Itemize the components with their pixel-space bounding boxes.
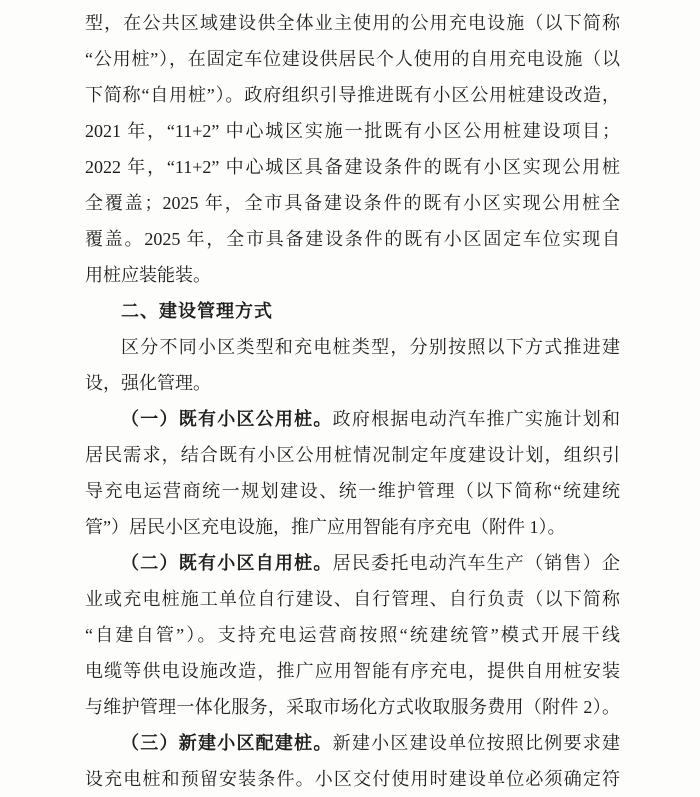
- line-text: 政府根据电动汽车推广实施计划和: [333, 409, 620, 429]
- line-text: 居民委托电动汽车生产（销售）企: [333, 553, 620, 573]
- line-text: 电缆等供电设施改造，推广应用智能有序充电，提供自用桩安装: [85, 661, 620, 681]
- line-text: 下简称“自用桩”）。政府组织引导推进既有小区公用桩建设改造，: [85, 85, 620, 105]
- document-line-8: 用桩应装能装。: [85, 257, 620, 293]
- document-line-15: 管”）居民小区充电设施，推广应用智能有序充电（附件 1）。: [85, 509, 620, 545]
- document-line-18: “自建自管”）。支持充电运营商按照“统建统管”模式开展干线: [85, 617, 620, 653]
- document-line-21: （三）新建小区配建桩。新建小区建设单位按照比例要求建: [85, 725, 620, 761]
- line-text: 业或充电桩施工单位自行建设、自行管理、自行负责（以下简称: [85, 589, 620, 609]
- line-text: 设，强化管理。: [85, 373, 211, 393]
- document-line-3: 下简称“自用桩”）。政府组织引导推进既有小区公用桩建设改造，: [85, 77, 620, 113]
- document-line-1: 型，在公共区域建设供全体业主使用的公用充电设施（以下简称: [85, 5, 620, 41]
- line-text: 区分不同小区类型和充电桩类型，分别按照以下方式推进建: [121, 337, 620, 357]
- document-line-7: 覆盖。2025 年，全市具备建设条件的既有小区固定车位实现自: [85, 221, 620, 257]
- line-text: “自建自管”）。支持充电运营商按照“统建统管”模式开展干线: [85, 625, 620, 645]
- document-line-6: 全覆盖；2025 年，全市具备建设条件的既有小区实现公用桩全: [85, 185, 620, 221]
- document-line-11: 设，强化管理。: [85, 365, 620, 401]
- heading-text: 二、建设管理方式: [121, 301, 273, 321]
- section-heading: 二、建设管理方式: [85, 293, 620, 329]
- paragraph-lead-3: （三）新建小区配建桩。: [121, 733, 333, 753]
- document-line-14: 导充电运营商统一规划建设、统一维护管理（以下简称“统建统: [85, 473, 620, 509]
- line-text: 型，在公共区域建设供全体业主使用的公用充电设施（以下简称: [85, 13, 620, 33]
- paragraph-lead-2: （二）既有小区自用桩。: [121, 553, 333, 573]
- line-text: 覆盖。2025 年，全市具备建设条件的既有小区固定车位实现自: [85, 229, 620, 249]
- line-text: 居民需求，结合既有小区公用桩情况制定年度建设计划，组织引: [85, 445, 620, 465]
- line-text: 全覆盖；2025 年，全市具备建设条件的既有小区实现公用桩全: [85, 193, 620, 213]
- document-line-12: （一）既有小区公用桩。政府根据电动汽车推广实施计划和: [85, 401, 620, 437]
- document-line-22: 设充电桩和预留安装条件。小区交付使用时建设单位必须确定符: [85, 761, 620, 797]
- line-text: 2021 年，“11+2” 中心城区实施一批既有小区公用桩建设项目；: [85, 121, 620, 141]
- line-text: “公用桩”），在固定车位建设供居民个人使用的自用充电设施（以: [85, 49, 620, 69]
- line-text: 2022 年，“11+2” 中心城区具备建设条件的既有小区实现公用桩: [85, 157, 620, 177]
- paragraph-lead-1: （一）既有小区公用桩。: [121, 409, 333, 429]
- document-line-20: 与维护管理一体化服务，采取市场化方式收取服务费用（附件 2）。: [85, 689, 620, 725]
- line-text: 新建小区建设单位按照比例要求建: [333, 733, 620, 753]
- document-line-19: 电缆等供电设施改造，推广应用智能有序充电，提供自用桩安装: [85, 653, 620, 689]
- line-text: 设充电桩和预留安装条件。小区交付使用时建设单位必须确定符: [85, 769, 620, 789]
- document-page: 型，在公共区域建设供全体业主使用的公用充电设施（以下简称 “公用桩”），在固定车…: [0, 0, 700, 797]
- document-line-16: （二）既有小区自用桩。居民委托电动汽车生产（销售）企: [85, 545, 620, 581]
- document-line-4: 2021 年，“11+2” 中心城区实施一批既有小区公用桩建设项目；: [85, 113, 620, 149]
- document-line-13: 居民需求，结合既有小区公用桩情况制定年度建设计划，组织引: [85, 437, 620, 473]
- line-text: 与维护管理一体化服务，采取市场化方式收取服务费用（附件 2）。: [85, 697, 620, 717]
- document-line-10: 区分不同小区类型和充电桩类型，分别按照以下方式推进建: [85, 329, 620, 365]
- document-line-2: “公用桩”），在固定车位建设供居民个人使用的自用充电设施（以: [85, 41, 620, 77]
- line-text: 用桩应装能装。: [85, 265, 211, 285]
- document-line-5: 2022 年，“11+2” 中心城区具备建设条件的既有小区实现公用桩: [85, 149, 620, 185]
- line-text: 导充电运营商统一规划建设、统一维护管理（以下简称“统建统: [85, 481, 620, 501]
- line-text: 管”）居民小区充电设施，推广应用智能有序充电（附件 1）。: [85, 517, 566, 537]
- document-line-17: 业或充电桩施工单位自行建设、自行管理、自行负责（以下简称: [85, 581, 620, 617]
